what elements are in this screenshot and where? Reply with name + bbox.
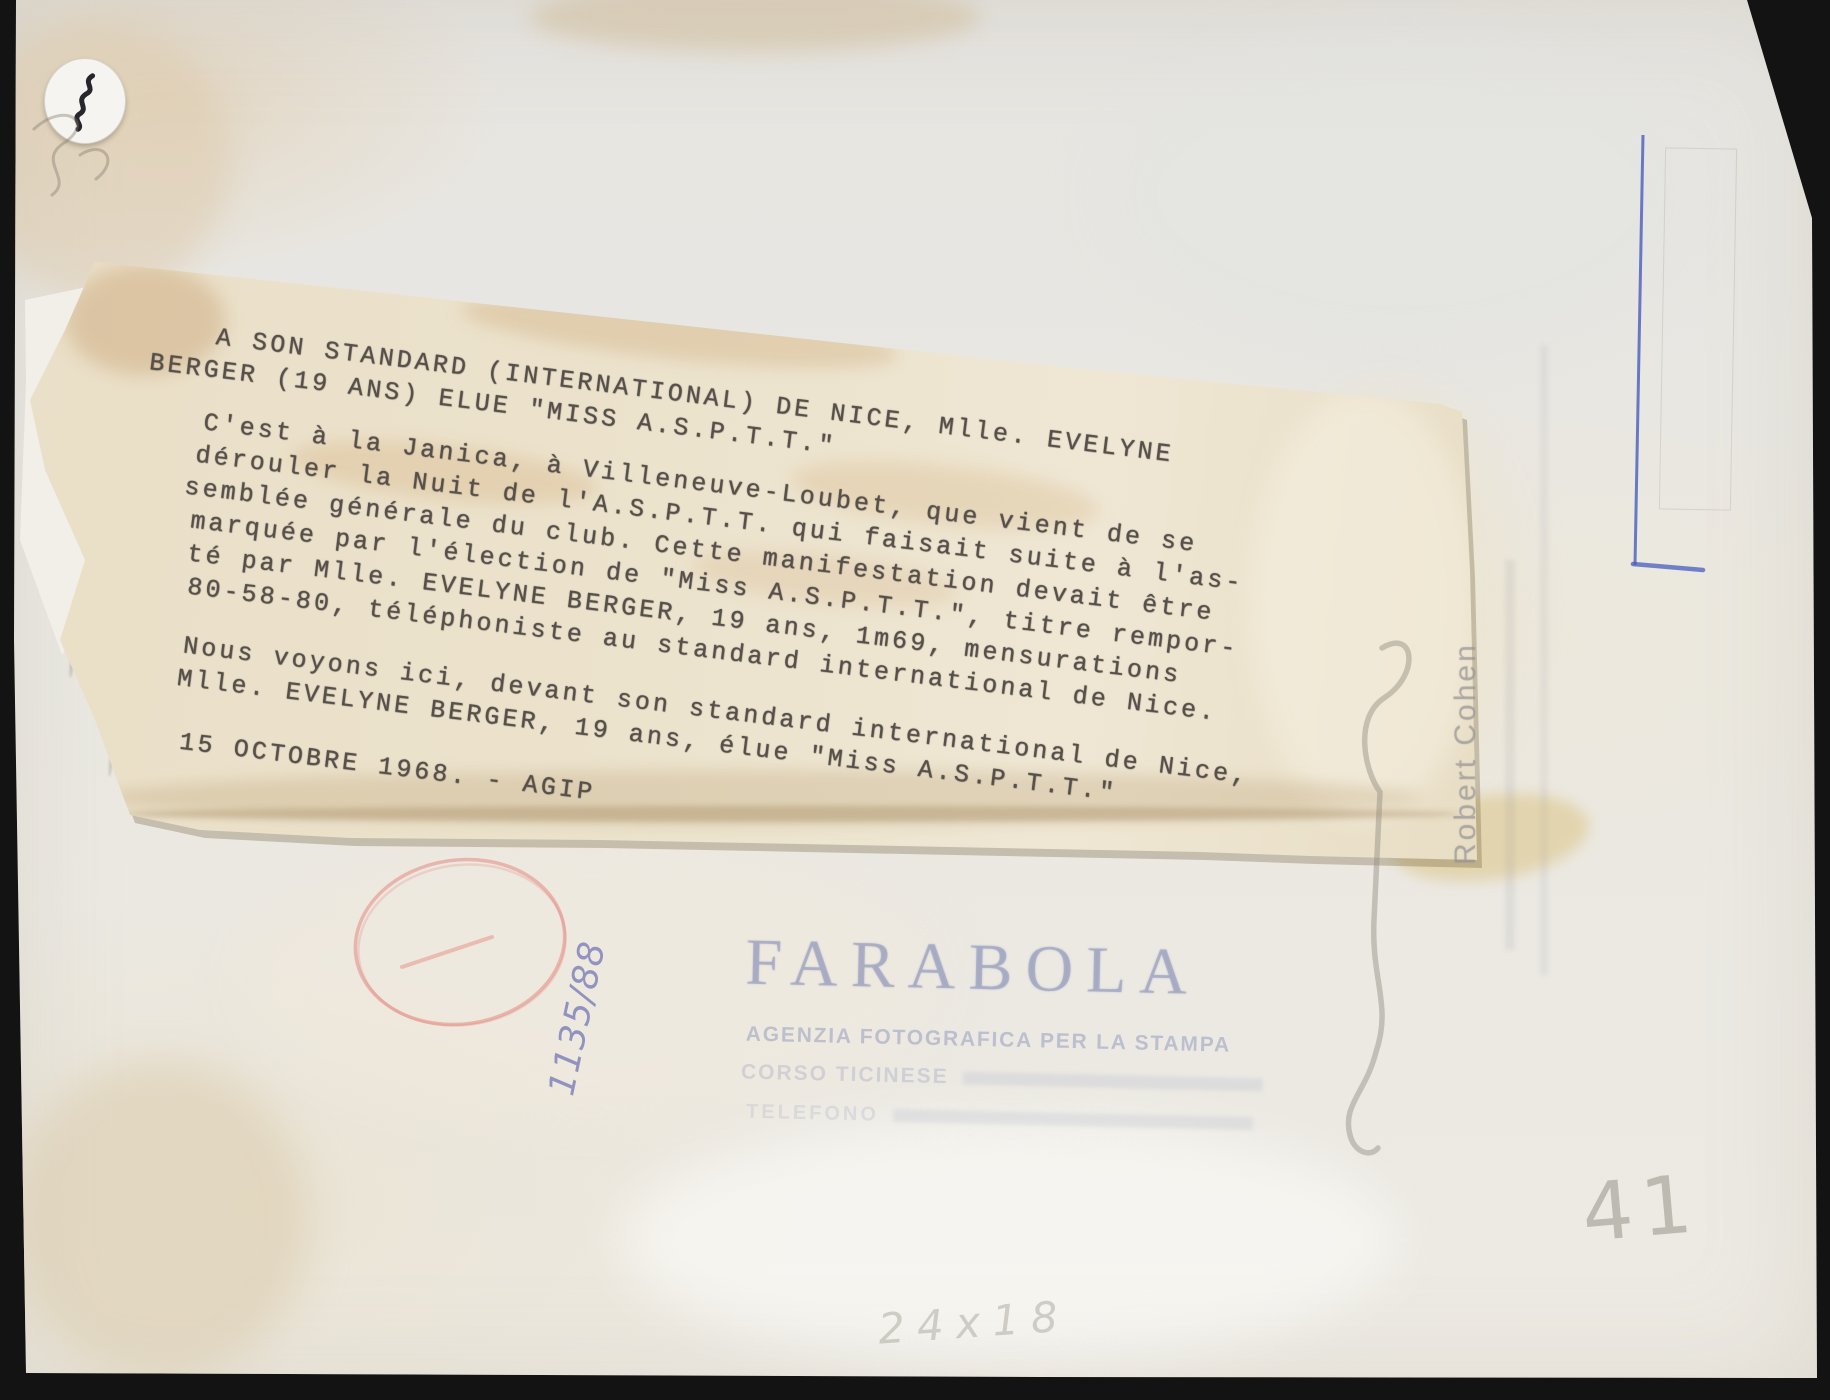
faded-stamp-line: [1540, 345, 1548, 975]
print-size-note: 24x18: [877, 1291, 1072, 1353]
photo-paper: A SON STANDARD (INTERNATIONAL) DE NICE, …: [0, 0, 1830, 1400]
farabola-stamp: FARABOLA AGENZIA FOTOGRAFICA PER LA STAM…: [698, 924, 1266, 1136]
farabola-subtitle: AGENZIA FOTOGRAFICA PER LA STAMPA: [746, 1023, 1264, 1059]
red-circle-mark: [340, 845, 580, 1040]
signature-scribble-icon: [1320, 620, 1450, 1180]
farabola-address-line: CORSO TICINESE: [741, 1061, 1263, 1097]
stain: [10, 1060, 310, 1380]
stain: [530, 0, 980, 52]
photo-scan: A SON STANDARD (INTERNATIONAL) DE NICE, …: [0, 0, 1830, 1400]
farabola-title: FARABOLA: [745, 925, 1266, 1013]
pencil-scribble-icon: [20, 95, 160, 215]
faded-ink-smudge: [962, 1071, 1262, 1091]
sheet-number-note: 41: [1578, 1157, 1703, 1260]
pencil-frame-mark: [1659, 147, 1737, 510]
farabola-address-fragment: CORSO TICINESE: [741, 1061, 949, 1090]
farabola-phone-line: TELEFONO: [746, 1101, 1262, 1136]
photographer-name: Robert Cohen: [1449, 545, 1489, 865]
caption-slip: A SON STANDARD (INTERNATIONAL) DE NICE, …: [10, 250, 1490, 880]
faded-ink-smudge: [893, 1109, 1253, 1130]
faded-stamp-line: [1505, 560, 1515, 950]
typed-caption: A SON STANDARD (INTERNATIONAL) DE NICE, …: [24, 280, 1252, 883]
farabola-phone-fragment: TELEFONO: [746, 1101, 879, 1127]
